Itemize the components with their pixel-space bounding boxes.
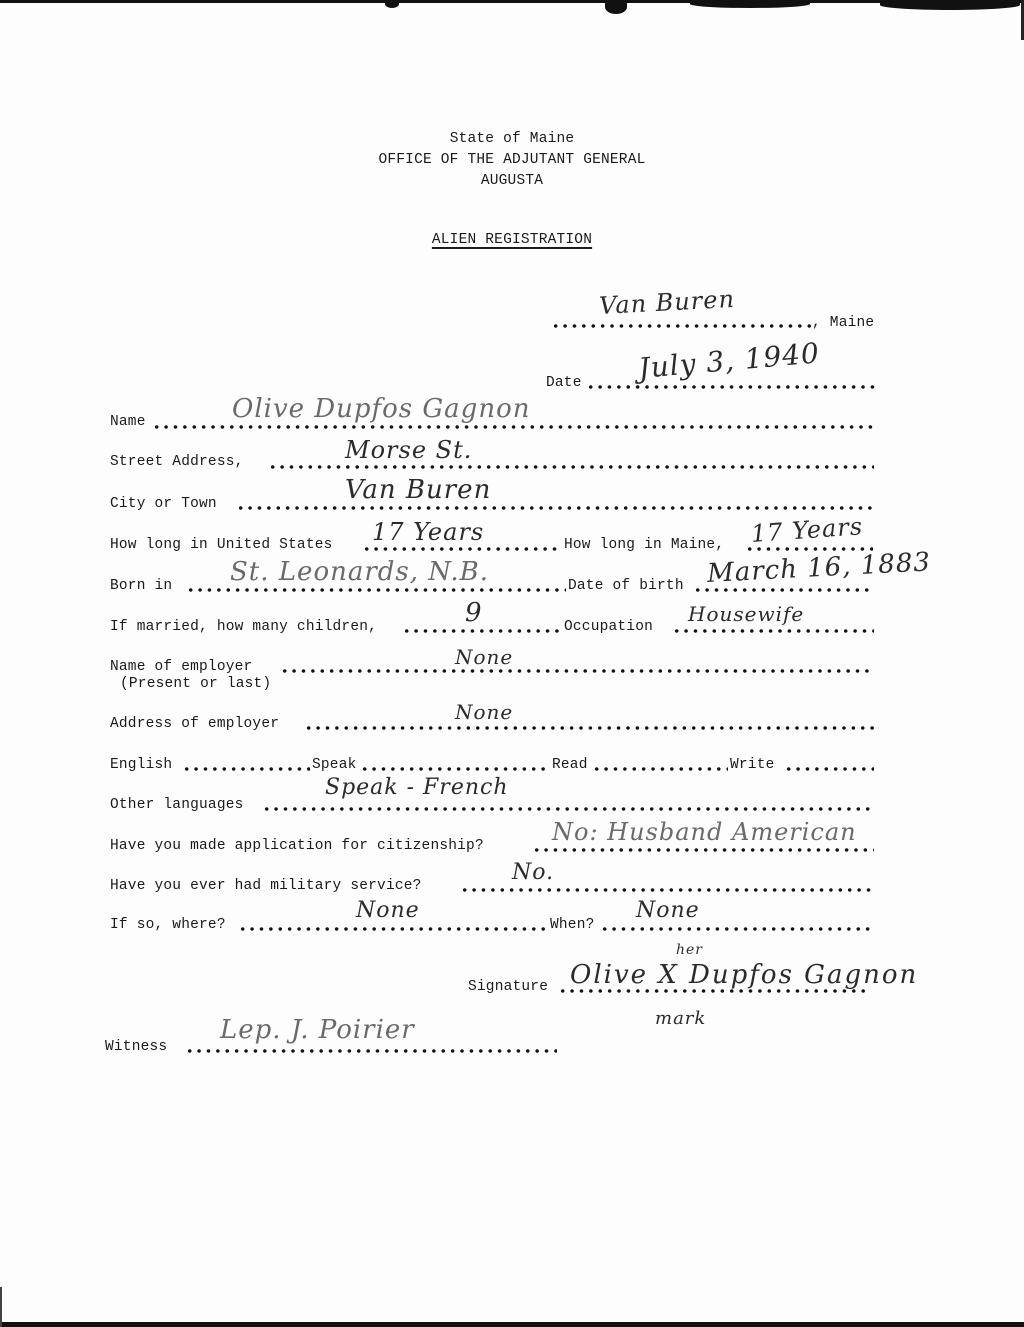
name-dots [152, 424, 874, 430]
document-page: State of Maine OFFICE OF THE ADJUTANT GE… [0, 0, 1024, 1327]
scan-blot [385, 0, 399, 8]
born-in-dots [186, 587, 566, 593]
dob-label: Date of birth [568, 578, 684, 594]
location-value: Van Buren [599, 285, 736, 320]
signature-mark: mark [655, 1008, 706, 1029]
witness-value: Lep. J. Poirier [220, 1015, 415, 1045]
employer-name-sublabel: (Present or last) [120, 676, 271, 692]
header-city: AUGUSTA [0, 173, 1024, 189]
signature-value: Olive X Dupfos Gagnon [570, 960, 918, 990]
children-dots [402, 628, 562, 634]
military-dots [460, 887, 874, 893]
signature-her: her [676, 942, 703, 958]
where-dots [238, 926, 548, 932]
form-title: ALIEN REGISTRATION [0, 232, 1024, 248]
other-languages-value: Speak - French [325, 775, 509, 800]
signature-label: Signature [468, 979, 548, 995]
citizenship-label: Have you made application for citizenshi… [110, 838, 484, 854]
speak-dots [360, 766, 550, 772]
read-label: Read [552, 757, 588, 773]
time-in-maine-label: How long in Maine, [564, 537, 724, 553]
born-in-label: Born in [110, 578, 172, 594]
when-value: None [636, 898, 700, 923]
street-value: Morse St. [345, 436, 472, 464]
where-value: None [356, 898, 420, 923]
name-label: Name [110, 414, 146, 430]
scan-blot [880, 0, 1020, 10]
military-label: Have you ever had military service? [110, 878, 422, 894]
location-dots [551, 323, 811, 329]
born-in-value: St. Leonards, N.B. [230, 557, 489, 587]
children-value: 9 [465, 598, 483, 628]
write-dots [784, 766, 874, 772]
employer-address-dots [304, 725, 874, 731]
read-dots [592, 766, 728, 772]
date-value: July 3, 1940 [637, 336, 821, 385]
children-label: If married, how many children, [110, 619, 377, 635]
scan-edge-top [0, 0, 1024, 3]
header-office: OFFICE OF THE ADJUTANT GENERAL [0, 152, 1024, 168]
street-dots [268, 464, 874, 470]
occupation-dots [672, 628, 874, 634]
time-in-maine-value: 17 Years [750, 512, 864, 548]
dob-value: March 16, 1883 [706, 547, 931, 589]
city-dots [236, 505, 874, 511]
city-value: Van Buren [345, 475, 491, 505]
date-label: Date [546, 375, 582, 391]
header-state: State of Maine [0, 131, 1024, 147]
time-in-us-dots [362, 546, 562, 552]
name-value: Olive Dupfos Gagnon [232, 394, 530, 424]
citizenship-dots [532, 847, 874, 853]
other-languages-dots [262, 806, 874, 812]
occupation-value: Housewife [688, 602, 804, 626]
employer-name-label: Name of employer [110, 659, 252, 675]
other-languages-label: Other languages [110, 797, 244, 813]
date-dots [586, 384, 876, 390]
location-suffix: , Maine [812, 315, 874, 331]
scan-blot [605, 0, 627, 14]
english-label: English [110, 757, 172, 773]
citizenship-value: No: Husband American [552, 818, 857, 846]
where-label: If so, where? [110, 917, 226, 933]
when-label: When? [550, 917, 595, 933]
employer-address-value: None [455, 700, 513, 724]
employer-name-dots [280, 668, 874, 674]
city-label: City or Town [110, 496, 217, 512]
scan-edge-left [0, 1287, 2, 1327]
occupation-label: Occupation [564, 619, 653, 635]
english-dots [182, 766, 310, 772]
write-label: Write [730, 757, 775, 773]
witness-dots [185, 1048, 557, 1054]
employer-address-label: Address of employer [110, 716, 279, 732]
scan-blot [690, 0, 810, 8]
witness-label: Witness [105, 1039, 167, 1055]
military-value: No. [512, 860, 554, 885]
scan-edge-bottom [0, 1322, 1024, 1327]
street-label: Street Address, [110, 454, 244, 470]
time-in-us-value: 17 Years [372, 518, 484, 546]
when-dots [600, 926, 874, 932]
time-in-us-label: How long in United States [110, 537, 333, 553]
speak-label: Speak [312, 757, 357, 773]
employer-name-value: None [455, 645, 513, 669]
